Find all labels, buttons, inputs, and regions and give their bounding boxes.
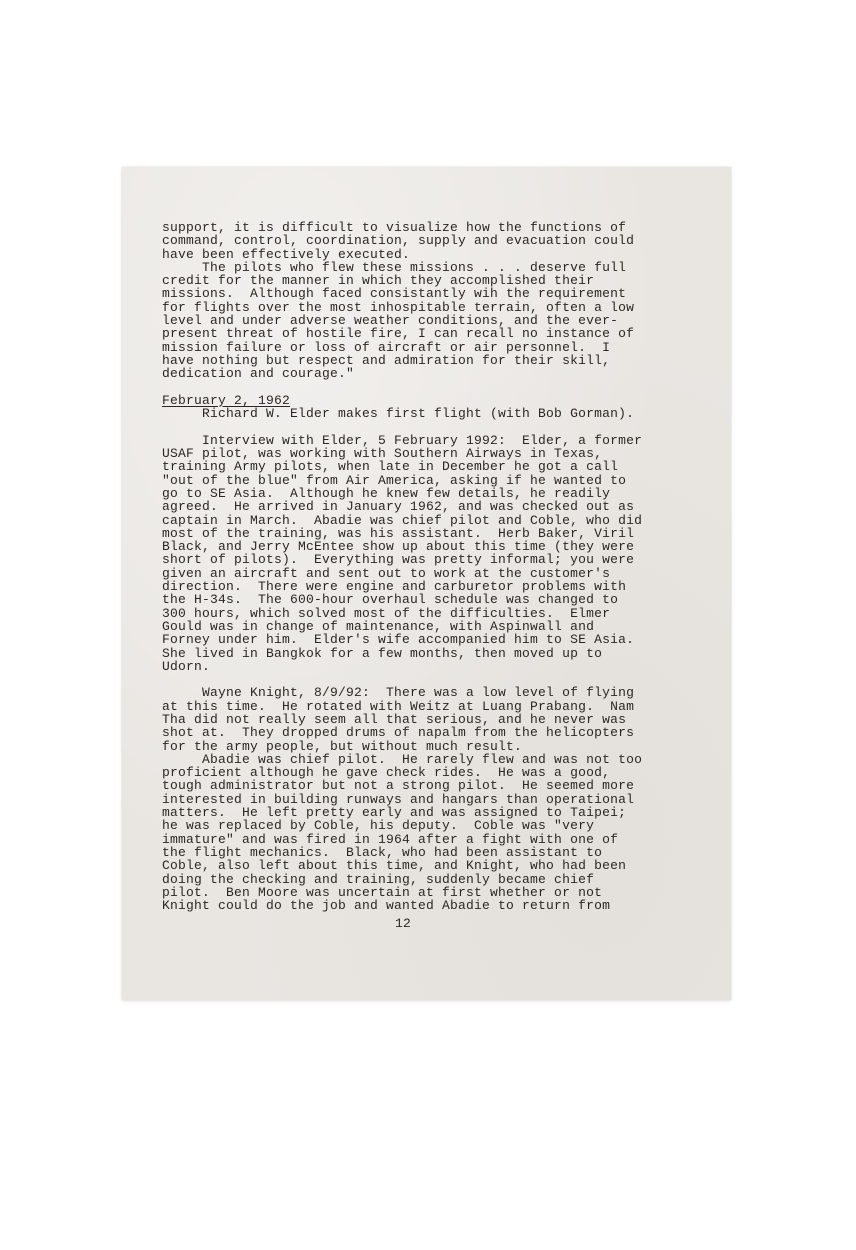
date-heading: February 2, 1962 bbox=[162, 394, 644, 407]
scanned-document-page: support, it is difficult to visualize ho… bbox=[122, 167, 731, 1000]
quote-continuation-paragraph: support, it is difficult to visualize ho… bbox=[162, 221, 644, 381]
interview-paragraph: Interview with Elder, 5 February 1992: E… bbox=[162, 434, 644, 673]
abadie-paragraph: Abadie was chief pilot. He rarely flew a… bbox=[162, 753, 644, 913]
knight-paragraph: Wayne Knight, 8/9/92: There was a low le… bbox=[162, 686, 644, 752]
event-line: Richard W. Elder makes first flight (wit… bbox=[162, 407, 644, 420]
page-text-column: support, it is difficult to visualize ho… bbox=[162, 221, 644, 931]
scan-background: { "colors": { "background": "#ffffff", "… bbox=[0, 0, 856, 1250]
page-number: 12 bbox=[162, 917, 644, 930]
